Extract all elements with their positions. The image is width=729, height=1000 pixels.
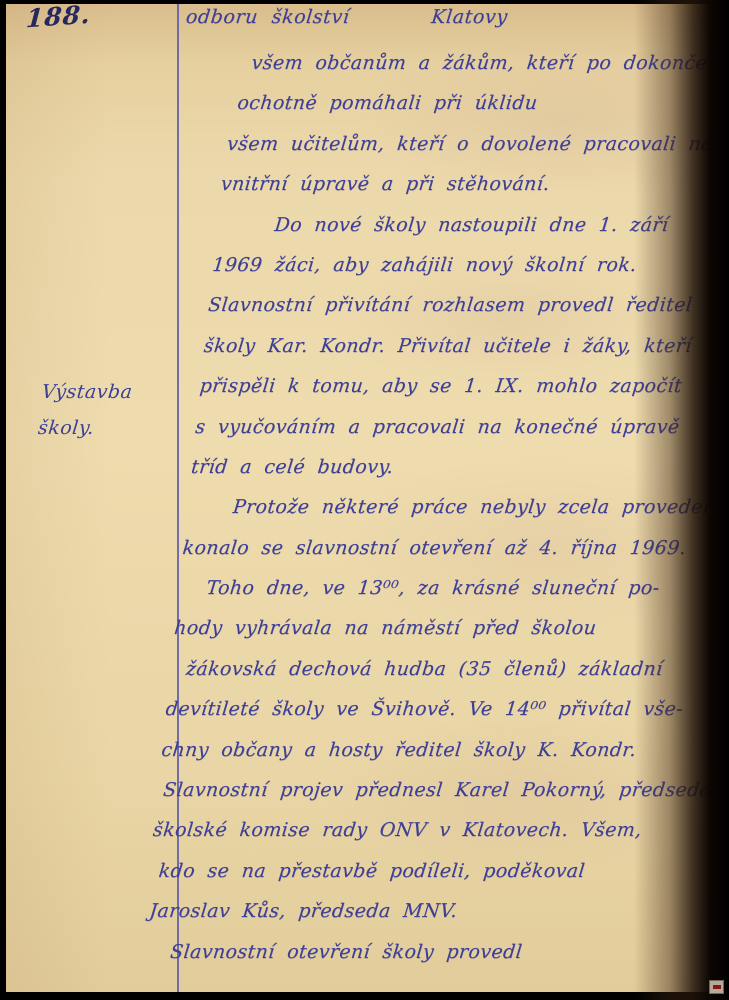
manuscript-line: Slavnostní projev přednesl Karel Pokorný… — [154, 779, 663, 819]
manuscript-header-line: odboru školství Klatovy — [185, 6, 509, 28]
manuscript-line: Do nové školy nastoupili dne 1. září — [214, 214, 723, 254]
manuscript-line: vnitřní úpravě a při stěhování. — [218, 173, 727, 213]
manuscript-body: všem občanům a žákům, kteří po dokončení… — [137, 52, 729, 981]
manuscript-line: žákovská dechová hudba (35 členů) základ… — [167, 658, 676, 698]
margin-note-line2: školy. — [36, 410, 130, 446]
manuscript-line: školy Kar. Kondr. Přivítal učitele i žák… — [201, 335, 710, 375]
manuscript-line: Toho dne, ve 13⁰⁰, za krásné sluneční po… — [175, 577, 684, 617]
scanner-artifact-icon — [709, 980, 724, 994]
manuscript-line: konalo se slavnostní otevření až 4. říjn… — [180, 537, 689, 577]
manuscript-line: Protože některé práce nebyly zcela prove… — [184, 496, 693, 536]
manuscript-line: Slavnostní otevření školy provedl — [137, 941, 646, 981]
manuscript-line: všem učitelům, kteří o dovolené pracoval… — [222, 133, 729, 173]
manuscript-line: tříd a celé budovy. — [188, 456, 697, 496]
manuscript-line: přispěli k tomu, aby se 1. IX. mohlo zap… — [197, 375, 706, 415]
manuscript-line: devítileté školy ve Švihově. Ve 14⁰⁰ při… — [163, 698, 672, 738]
scanner-artifact-bar — [713, 985, 721, 989]
manuscript-line: Slavnostní přivítání rozhlasem provedl ř… — [205, 294, 714, 334]
manuscript-line: školské komise rady ONV v Klatovech. Vše… — [150, 819, 659, 859]
manuscript-line: chny občany a hosty ředitel školy K. Kon… — [158, 739, 667, 779]
manuscript-line: 1969 žáci, aby zahájili nový školní rok. — [209, 254, 718, 294]
margin-note: Výstavba školy. — [36, 374, 134, 446]
manuscript-line: Jaroslav Kůs, předseda MNV. — [141, 900, 650, 940]
margin-note-line1: Výstavba — [40, 374, 134, 410]
page-number: 188. — [25, 0, 92, 33]
manuscript-line: kdo se na přestavbě podíleli, poděkoval — [146, 860, 655, 900]
manuscript-line: hody vyhrávala na náměstí před školou — [171, 617, 680, 657]
scan-frame: 188. Výstavba školy. odboru školství Kla… — [0, 0, 729, 1000]
manuscript-line: ochotně pomáhali při úklidu — [226, 92, 729, 132]
manuscript-line: s vyučováním a pracovali na konečné úpra… — [192, 416, 701, 456]
manuscript-line: všem občanům a žákům, kteří po dokončení — [231, 52, 729, 92]
